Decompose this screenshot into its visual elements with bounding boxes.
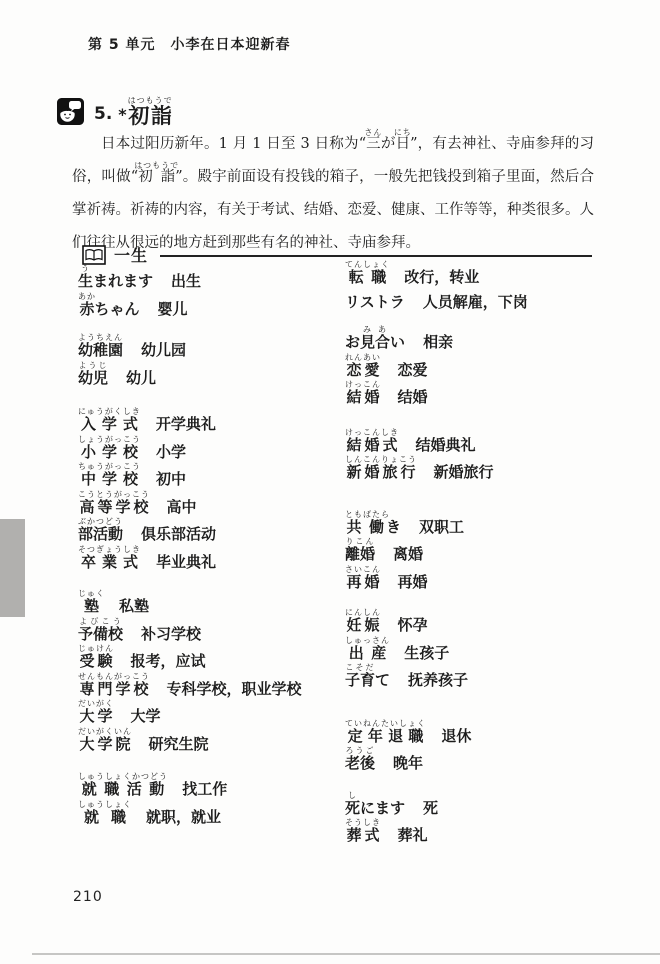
vocab-entry: 就職活動しゅうしょくかつどう找工作 [78,772,340,800]
vocab-entry: 生うまれます出生 [78,264,340,292]
vocab-entry: 離婚りこん离婚 [345,537,645,565]
section-rule [160,255,592,257]
page-number: 210 [73,889,103,905]
vocab-entry: 定年退職ていねんたいしょく退休 [345,719,645,747]
japanese-word: お見み合あい [345,333,405,351]
japanese-word: 小学校しょうがっこう [78,443,138,461]
chinese-meaning: 私塾 [119,597,149,615]
chinese-meaning: 开学典礼 [156,415,216,433]
vocab-group: 就職活動しゅうしょくかつどう找工作就職しゅうしょく就职，就业 [78,772,340,827]
vocab-entry: 卒業式そつぎょうしき毕业典礼 [78,545,340,573]
vocab-entry: 葬式そうしき葬礼 [345,818,645,846]
chinese-meaning: 幼儿 [126,369,156,387]
vocab-group: 生うまれます出生赤あかちゃん婴儿 [78,264,340,319]
vocab-entry: 幼児ようじ幼儿 [78,361,340,389]
vocab-entry: 大学院だいがくいん研究生院 [78,727,340,755]
vocab-entry: 死しにます死 [345,791,645,819]
vocab-entry: 高等学校こうとうがっこう高中 [78,490,340,518]
japanese-word: 入学式にゅうがくしき [78,415,138,433]
vocab-right-column: 転職てんしょく改行，转业リストラ人员解雇，下岗お見み合あい相亲恋愛れんあい恋爱結… [345,260,645,846]
chinese-meaning: 专科学校，职业学校 [167,680,302,698]
face-icon [57,98,84,125]
chinese-meaning: 改行，转业 [404,268,479,286]
japanese-word: 老後ろうご [345,754,375,772]
japanese-word: 高等学校こうとうがっこう [78,498,149,516]
chinese-meaning: 俱乐部活动 [141,525,216,543]
chinese-meaning: 结婚典礼 [416,436,476,454]
chinese-meaning: 离婚 [393,545,423,563]
unit-header: 第 5 单元 小李在日本迎新春 [88,34,291,54]
japanese-word: 妊娠にんしん [345,616,380,634]
japanese-word: 恋愛れんあい [345,361,380,379]
chinese-meaning: 人员解雇，下岗 [423,293,528,311]
section-title: 初詣はつもうで [128,96,173,127]
vocab-entry: 子育こそだて抚养孩子 [345,663,645,691]
japanese-word: 部活動ぶかつどう [78,525,123,543]
japanese-word: 大学院だいがくいん [78,735,131,753]
chinese-meaning: 婴儿 [158,300,188,318]
japanese-word: 就職しゅうしょく [78,808,128,826]
vocab-group: 転職てんしょく改行，转业リストラ人员解雇，下岗 [345,260,645,315]
japanese-word: 定年退職ていねんたいしょく [345,727,423,745]
chinese-meaning: 退休 [441,727,471,745]
page-edge-tab [0,519,25,617]
japanese-word: 幼稚園ようちえん [78,341,123,359]
vocab-entry: 幼稚園ようちえん幼儿园 [78,333,340,361]
chinese-meaning: 结婚 [398,388,428,406]
vocab-group: 塾じゅく私塾予備校よびこう补习学校受験じゅけん报考，应试専門学校せんもんがっこう… [78,589,340,754]
chinese-meaning: 抚养孩子 [408,671,468,689]
vocab-group: 共とも働ばたらき双职工離婚りこん离婚再婚さいこん再婚 [345,510,645,593]
section-number: 5. [94,104,112,124]
chinese-meaning: 大学 [131,707,161,725]
chinese-meaning: 初中 [156,470,186,488]
section-heading: 5. * 初詣はつもうで [57,96,173,127]
textbook-page: 第 5 单元 小李在日本迎新春 5. * 初詣はつもうで 日本过阳历新年。1 月… [0,0,660,964]
chinese-meaning: 葬礼 [398,826,428,844]
vocab-group: 結婚式けっこんしき结婚典礼新婚旅行しんこんりょこう新婚旅行 [345,428,645,483]
japanese-word: 共とも働ばたらき [345,518,401,536]
intro-paragraph-block: 日本过阳历新年。1 月 1 日至 3 日称为“三さんが日にち”，有去神社、寺庙参… [72,128,594,260]
japanese-word: 就職活動しゅうしょくかつどう [78,780,164,798]
japanese-word: 塾じゅく [78,597,101,615]
chinese-meaning: 找工作 [182,780,227,798]
chinese-meaning: 晚年 [393,754,423,772]
chinese-meaning: 双职工 [419,518,464,536]
japanese-word: 結婚式けっこんしき [345,436,398,454]
vocab-entry: 入学式にゅうがくしき开学典礼 [78,407,340,435]
vocab-entry: 中学校ちゅうがっこう初中 [78,462,340,490]
japanese-word: 卒業式そつぎょうしき [78,553,138,571]
vocab-section-title: 一生 [114,243,148,266]
chinese-meaning: 研究生院 [149,735,209,753]
vocab-entry: 結婚式けっこんしき结婚典礼 [345,428,645,456]
japanese-word: 予備校よびこう [78,625,123,643]
chinese-meaning: 再婚 [398,573,428,591]
vocab-entry: 再婚さいこん再婚 [345,565,645,593]
chinese-meaning: 小学 [156,443,186,461]
japanese-word: 出産しゅっさん [345,644,386,662]
section-star: * [118,105,126,124]
japanese-word: 受験じゅけん [78,652,113,670]
vocab-group: 妊娠にんしん怀孕出産しゅっさん生孩子子育こそだて抚养孩子 [345,608,645,691]
japanese-word: 新婚旅行しんこんりょこう [345,463,416,481]
japanese-word: 結婚けっこん [345,388,380,406]
japanese-word: 離婚りこん [345,545,375,563]
chinese-meaning: 补习学校 [141,625,201,643]
vocab-entry: 妊娠にんしん怀孕 [345,608,645,636]
chinese-meaning: 就职，就业 [146,808,221,826]
japanese-word: 大学だいがく [78,707,113,725]
vocab-group: お見み合あい相亲恋愛れんあい恋爱結婚けっこん结婚 [345,325,645,408]
vocab-entry: 大学だいがく大学 [78,699,340,727]
vocab-entry: 就職しゅうしょく就职，就业 [78,800,340,828]
vocab-left-column: 生うまれます出生赤あかちゃん婴儿幼稚園ようちえん幼儿园幼児ようじ幼儿入学式にゅう… [78,264,340,827]
vocab-group: 死しにます死葬式そうしき葬礼 [345,791,645,846]
chinese-meaning: 生孩子 [404,644,449,662]
chinese-meaning: 毕业典礼 [156,553,216,571]
chinese-meaning: 报考，应试 [131,652,206,670]
japanese-word: 再婚さいこん [345,573,380,591]
vocab-entry: リストラ人员解雇，下岗 [345,288,645,316]
vocab-entry: 共とも働ばたらき双职工 [345,510,645,538]
chinese-meaning: 相亲 [423,333,453,351]
chinese-meaning: 出生 [171,272,201,290]
vocab-entry: 新婚旅行しんこんりょこう新婚旅行 [345,455,645,483]
japanese-word: 赤あかちゃん [78,300,140,318]
chinese-meaning: 幼儿园 [141,341,186,359]
japanese-word: 幼児ようじ [78,369,108,387]
vocab-entry: 老後ろうご晚年 [345,746,645,774]
vocab-group: 幼稚園ようちえん幼儿园幼児ようじ幼儿 [78,333,340,388]
chinese-meaning: 高中 [167,498,197,516]
vocab-entry: 小学校しょうがっこう小学 [78,435,340,463]
vocab-entry: 塾じゅく私塾 [78,589,340,617]
open-book-icon [82,245,106,265]
japanese-word: 子育こそだて [345,671,390,689]
japanese-word: 中学校ちゅうがっこう [78,470,138,488]
vocab-entry: 専門学校せんもんがっこう专科学校，职业学校 [78,672,340,700]
japanese-word: 転職てんしょく [345,268,386,286]
vocab-entry: 転職てんしょく改行，转业 [345,260,645,288]
vocab-entry: 恋愛れんあい恋爱 [345,353,645,381]
vocab-group: 定年退職ていねんたいしょく退休老後ろうご晚年 [345,719,645,774]
chinese-meaning: 怀孕 [398,616,428,634]
japanese-word: 専門学校せんもんがっこう [78,680,149,698]
vocab-entry: 出産しゅっさん生孩子 [345,636,645,664]
vocab-group: 入学式にゅうがくしき开学典礼小学校しょうがっこう小学中学校ちゅうがっこう初中高等… [78,407,340,572]
chinese-meaning: 新婚旅行 [434,463,494,481]
vocab-entry: 部活動ぶかつどう俱乐部活动 [78,517,340,545]
vocab-entry: 結婚けっこん结婚 [345,380,645,408]
japanese-word: 死しにます [345,799,405,817]
vocab-entry: 受験じゅけん报考，应试 [78,644,340,672]
scan-edge-line [32,953,660,955]
vocab-entry: お見み合あい相亲 [345,325,645,353]
vocab-entry: 予備校よびこう补习学校 [78,617,340,645]
chinese-meaning: 恋爱 [398,361,428,379]
japanese-word: 生うまれます [78,272,153,290]
intro-paragraph: 日本过阳历新年。1 月 1 日至 3 日称为“三さんが日にち”，有去神社、寺庙参… [72,128,594,260]
vocab-entry: 赤あかちゃん婴儿 [78,292,340,320]
japanese-word: リストラ [345,293,405,311]
chinese-meaning: 死 [423,799,438,817]
japanese-word: 葬式そうしき [345,826,380,844]
